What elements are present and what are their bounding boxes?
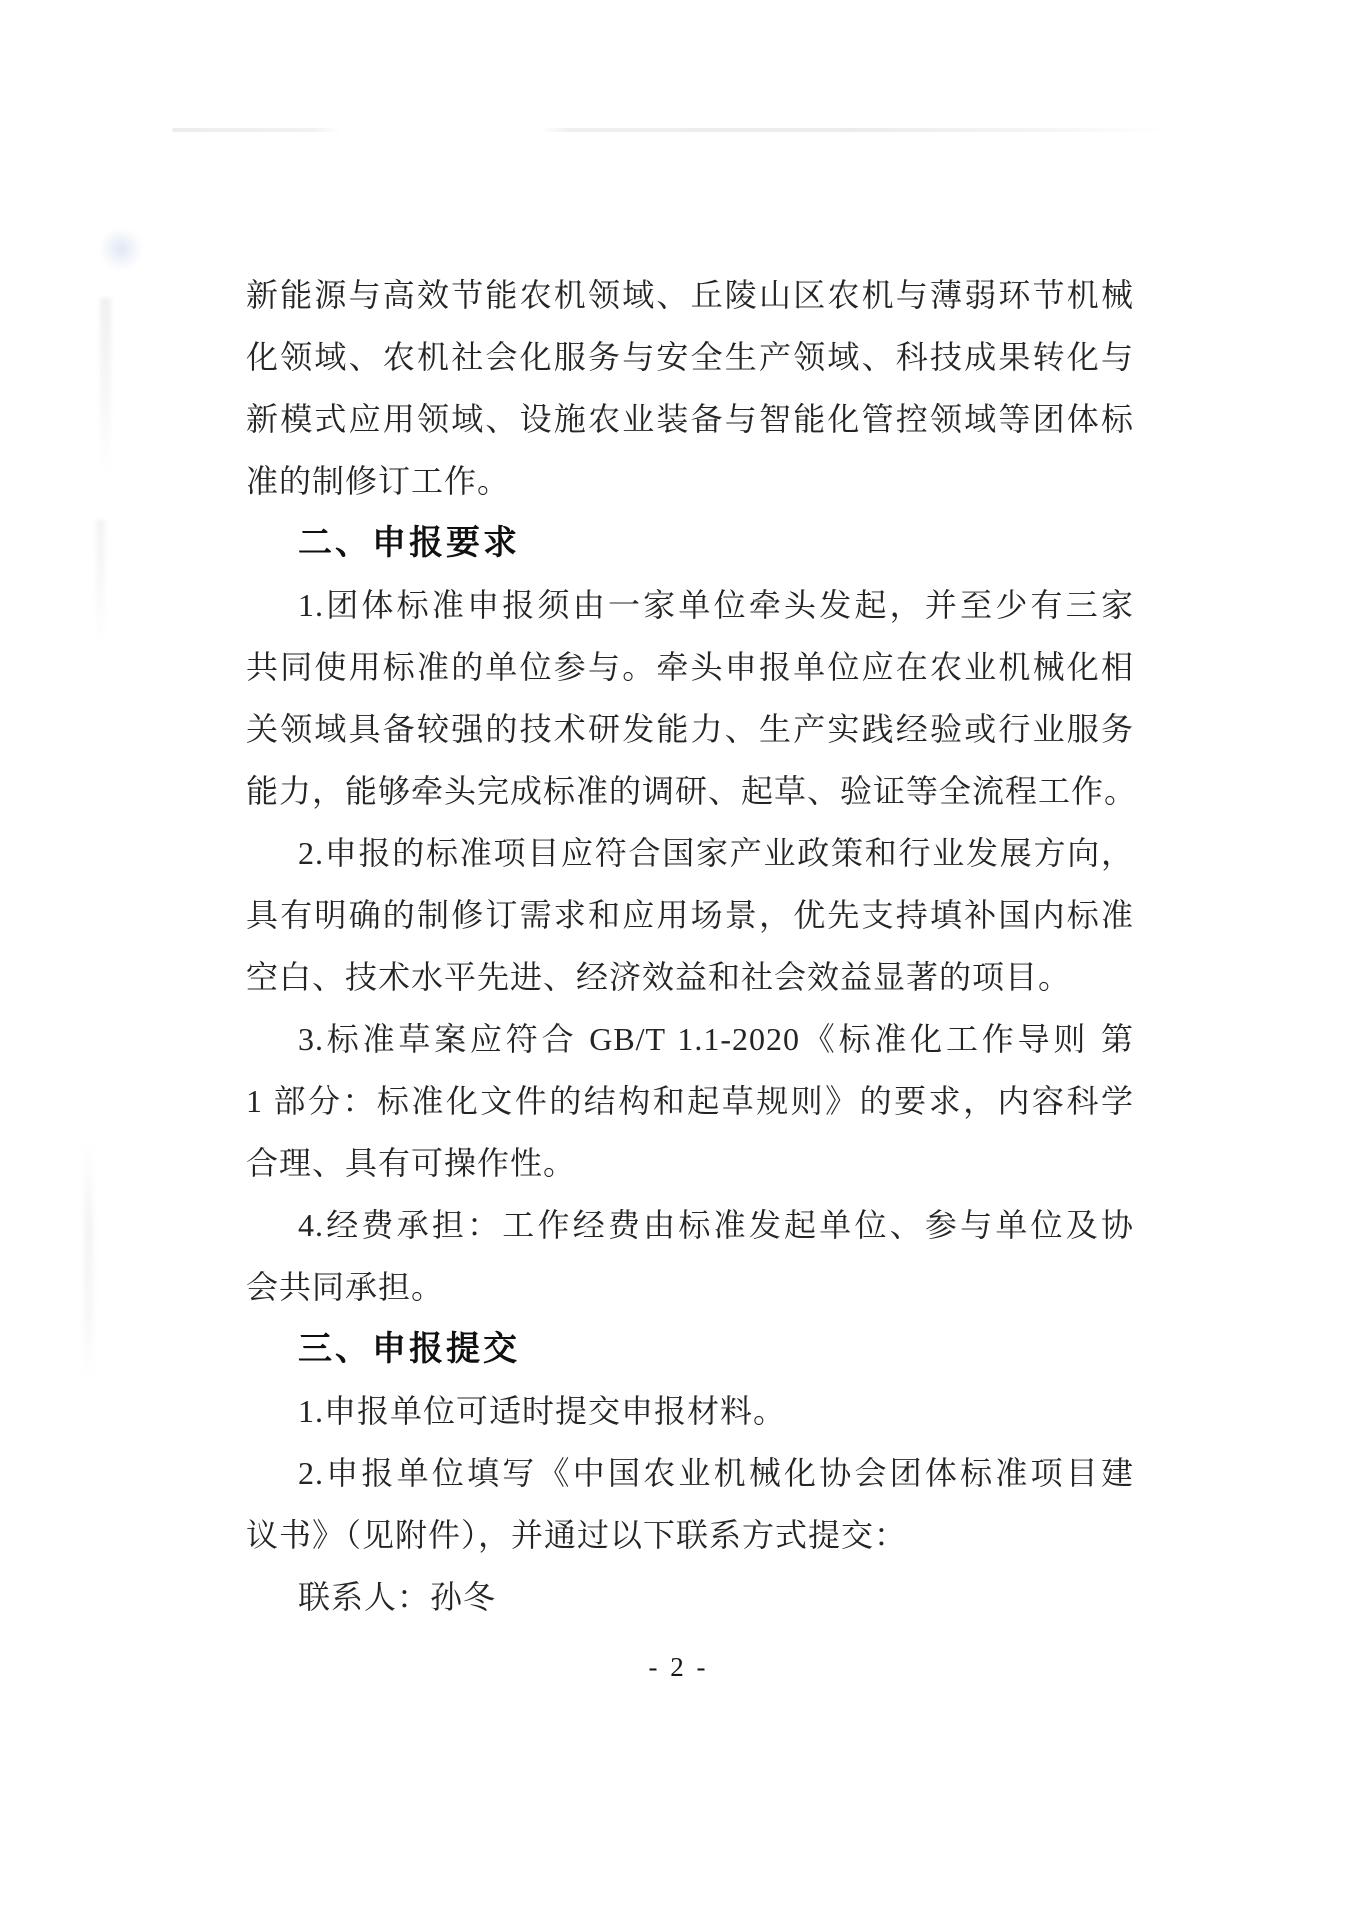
doc-line: 议书》（见附件），并通过以下联系方式提交： [246,1504,1134,1566]
document-text: 新能源与高效节能农机领域、丘陵山区农机与薄弱环节机械 化领域、农机社会化服务与安… [246,264,1134,1628]
section-heading-3: 三、申报提交 [246,1318,1134,1380]
doc-line: 共同使用标准的单位参与。牵头申报单位应在农业机械化相 [246,636,1134,698]
section-heading-2: 二、申报要求 [246,512,1134,574]
scan-artifact-left-smear [84,1140,93,1380]
doc-line: 1.团体标准申报须由一家单位牵头发起，并至少有三家 [246,574,1134,636]
doc-line: 空白、技术水平先进、经济效益和社会效益显著的项目。 [246,946,1134,1008]
scan-artifact-left-smear [96,520,105,650]
doc-line: 2.申报单位填写《中国农业机械化协会团体标准项目建 [246,1442,1134,1504]
doc-line: 能力，能够牵头完成标准的调研、起草、验证等全流程工作。 [246,760,1134,822]
scanned-document-page: 新能源与高效节能农机领域、丘陵山区农机与薄弱环节机械 化领域、农机社会化服务与安… [0,0,1357,1920]
doc-line: 1.申报单位可适时提交申报材料。 [246,1380,1134,1442]
doc-line: 合理、具有可操作性。 [246,1132,1134,1194]
scan-artifact-left-smear [100,298,111,473]
scan-artifact-left-blob [100,230,142,272]
doc-line: 1 部分：标准化文件的结构和起草规则》的要求，内容科学 [246,1070,1134,1132]
page-number: - 2 - [0,1652,1357,1683]
doc-line: 2.申报的标准项目应符合国家产业政策和行业发展方向， [246,822,1134,884]
doc-line: 3.标准草案应符合 GB/T 1.1-2020《标准化工作导则 第 [246,1008,1134,1070]
doc-line: 会共同承担。 [246,1256,1134,1318]
doc-line: 4.经费承担：工作经费由标准发起单位、参与单位及协 [246,1194,1134,1256]
scan-artifact-top-streak [172,128,1167,132]
contact-person-line: 联系人：孙冬 [246,1566,1134,1628]
doc-line: 具有明确的制修订需求和应用场景，优先支持填补国内标准 [246,884,1134,946]
doc-line: 化领域、农机社会化服务与安全生产领域、科技成果转化与 [246,326,1134,388]
doc-line: 新模式应用领域、设施农业装备与智能化管控领域等团体标 [246,388,1134,450]
doc-line: 准的制修订工作。 [246,450,1134,512]
doc-line: 新能源与高效节能农机领域、丘陵山区农机与薄弱环节机械 [246,264,1134,326]
doc-line: 关领域具备较强的技术研发能力、生产实践经验或行业服务 [246,698,1134,760]
